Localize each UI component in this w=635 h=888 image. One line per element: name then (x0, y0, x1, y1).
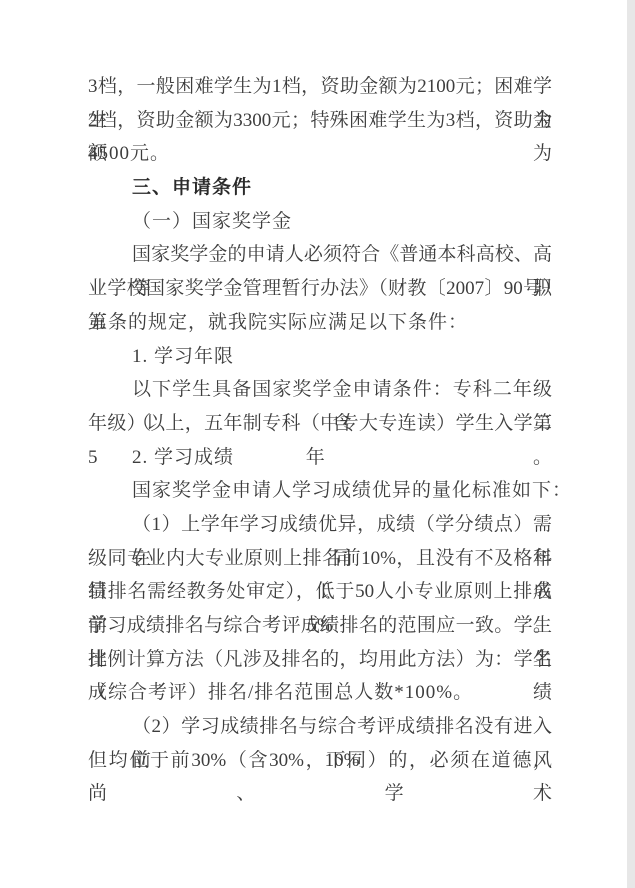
page-edge-strip (627, 0, 635, 888)
text-line: 级同专业内大专业原则上排名前10%，且没有不及格科目（成 (88, 542, 552, 576)
text-line: 学习成绩排名与综合考评成绩排名的范围应一致。学生排名 (88, 609, 552, 643)
text-line: 业学校国家奖学金管理暂行办法》（财教〔2007〕90号）第 (88, 272, 552, 306)
section-heading: 三、申请条件 (88, 171, 552, 205)
text-line: 五条的规定，就我院实际应满足以下条件： (88, 306, 552, 340)
text-line: 比例计算方法（凡涉及排名的，均用此方法）为：学生成绩 (88, 643, 552, 677)
text-line: 绩排名需经教务处审定），低于50人小专业原则上排名前5%。 (88, 575, 552, 609)
document-page: 3档，一般困难学生为1档，资助金额为2100元；困难学生为2档，资助金额为330… (0, 0, 635, 888)
text-line: 国家奖学金的申请人必须符合《普通本科高校、高等职 (88, 238, 552, 272)
text-line: 国家奖学金申请人学习成绩优异的量化标准如下： (88, 474, 552, 508)
text-line: 1. 学习年限 (88, 340, 552, 374)
text-line: （一）国家奖学金 (88, 205, 552, 239)
text-line: 以下学生具备国家奖学金申请条件：专科二年级（含二 (88, 373, 552, 407)
document-body: 3档，一般困难学生为1档，资助金额为2100元；困难学生为2档，资助金额为330… (88, 70, 552, 777)
text-line: （1）上学年学习成绩优异，成绩（学分绩点）需在同年 (88, 508, 552, 542)
text-line: （2）学习成绩排名与综合考评成绩排名没有进入前10%， (88, 710, 552, 744)
text-line: 年级）以上，五年制专科（中专大专连读）学生入学第5年。 (88, 407, 552, 441)
text-line: 3档，一般困难学生为1档，资助金额为2100元；困难学生为 (88, 70, 552, 104)
text-line: 但均位于前30%（含30%，下同）的，必须在道德风尚、学术 (88, 744, 552, 778)
text-line: 2档，资助金额为3300元；特殊困难学生为3档，资助金额为 (88, 104, 552, 138)
